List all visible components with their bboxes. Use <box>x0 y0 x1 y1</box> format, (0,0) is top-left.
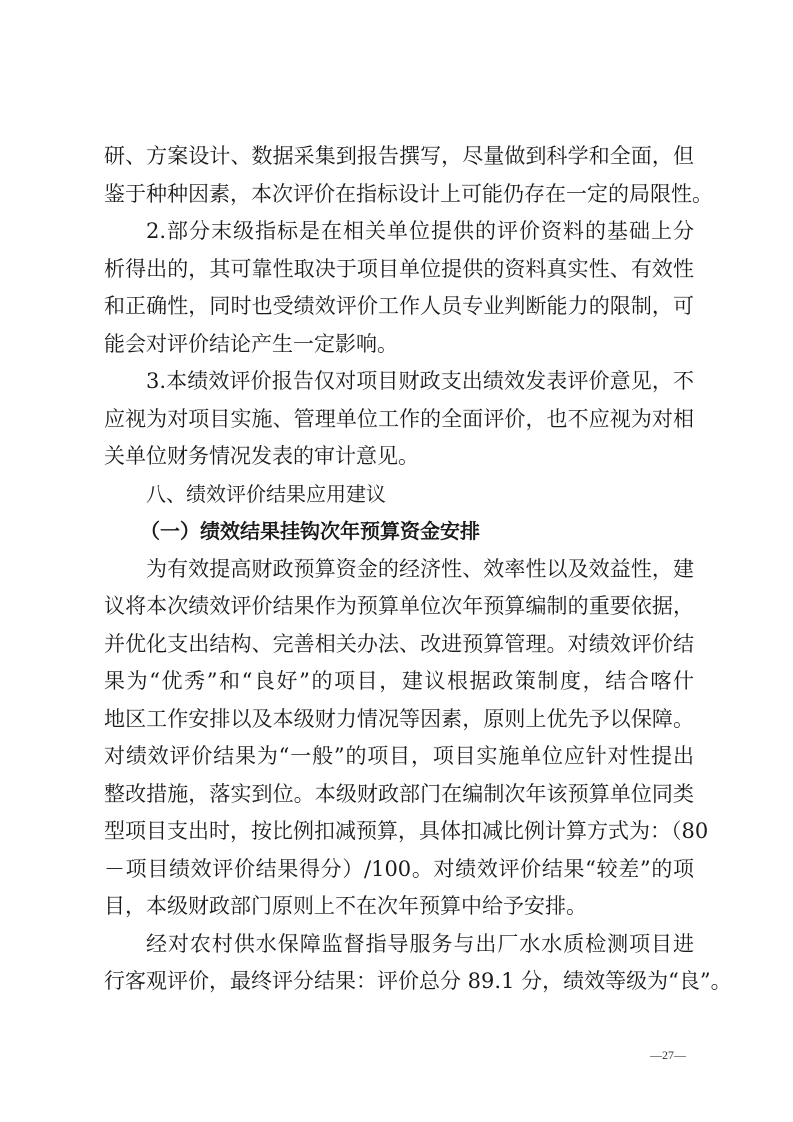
paragraph-line: 研、方案设计、数据采集到报告撰写，尽量做到科学和全面，但 <box>104 138 694 175</box>
paragraph-line: 3.本绩效评价报告仅对项目财政支出绩效发表评价意见，不 <box>146 363 694 400</box>
page-number: —27— <box>650 1048 686 1063</box>
document-page: 研、方案设计、数据采集到报告撰写，尽量做到科学和全面，但 鉴于种种因素，本次评价… <box>0 0 793 1122</box>
paragraph-line: 果为“优秀”和“良好”的项目，建议根据政策制度，结合喀什 <box>104 663 694 700</box>
paragraph-line: 型项目支出时，按比例扣减预算，具体扣减比例计算方式为：（80 <box>104 813 694 850</box>
paragraph-line: 关单位财务情况发表的审计意见。 <box>104 438 694 475</box>
section-heading: 八、绩效评价结果应用建议 <box>146 476 694 513</box>
paragraph-line: 对绩效评价结果为“一般”的项目，项目实施单位应针对性提出 <box>104 738 694 775</box>
paragraph-line: 析得出的，其可靠性取决于项目单位提供的资料真实性、有效性 <box>104 251 694 288</box>
paragraph-line: 行客观评价，最终评分结果：评价总分 89.1 分，绩效等级为“良”。 <box>104 963 694 1000</box>
subsection-heading: （一）绩效结果挂钩次年预算资金安排 <box>140 513 730 550</box>
paragraph-line: 和正确性，同时也受绩效评价工作人员专业判断能力的限制，可 <box>104 288 694 325</box>
paragraph-line: 应视为对项目实施、管理单位工作的全面评价，也不应视为对相 <box>104 401 694 438</box>
paragraph-line: 并优化支出结构、完善相关办法、改进预算管理。对绩效评价结 <box>104 626 694 663</box>
paragraph-line: 经对农村供水保障监督指导服务与出厂水水质检测项目进 <box>146 926 694 963</box>
paragraph-line: 议将本次绩效评价结果作为预算单位次年预算编制的重要依据， <box>104 588 694 625</box>
paragraph-line: 能会对评价结论产生一定影响。 <box>104 326 694 363</box>
paragraph-line: 为有效提高财政预算资金的经济性、效率性以及效益性，建 <box>146 551 694 588</box>
paragraph-line: －项目绩效评价结果得分）/100。对绩效评价结果“较差”的项 <box>104 851 694 888</box>
paragraph-line: 整改措施，落实到位。本级财政部门在编制次年该预算单位同类 <box>104 776 694 813</box>
paragraph-line: 鉴于种种因素，本次评价在指标设计上可能仍存在一定的局限性。 <box>104 176 694 213</box>
paragraph-line: 2.部分末级指标是在相关单位提供的评价资料的基础上分 <box>146 213 694 250</box>
paragraph-line: 目，本级财政部门原则上不在次年预算中给予安排。 <box>104 888 694 925</box>
paragraph-line: 地区工作安排以及本级财力情况等因素，原则上优先予以保障。 <box>104 701 694 738</box>
